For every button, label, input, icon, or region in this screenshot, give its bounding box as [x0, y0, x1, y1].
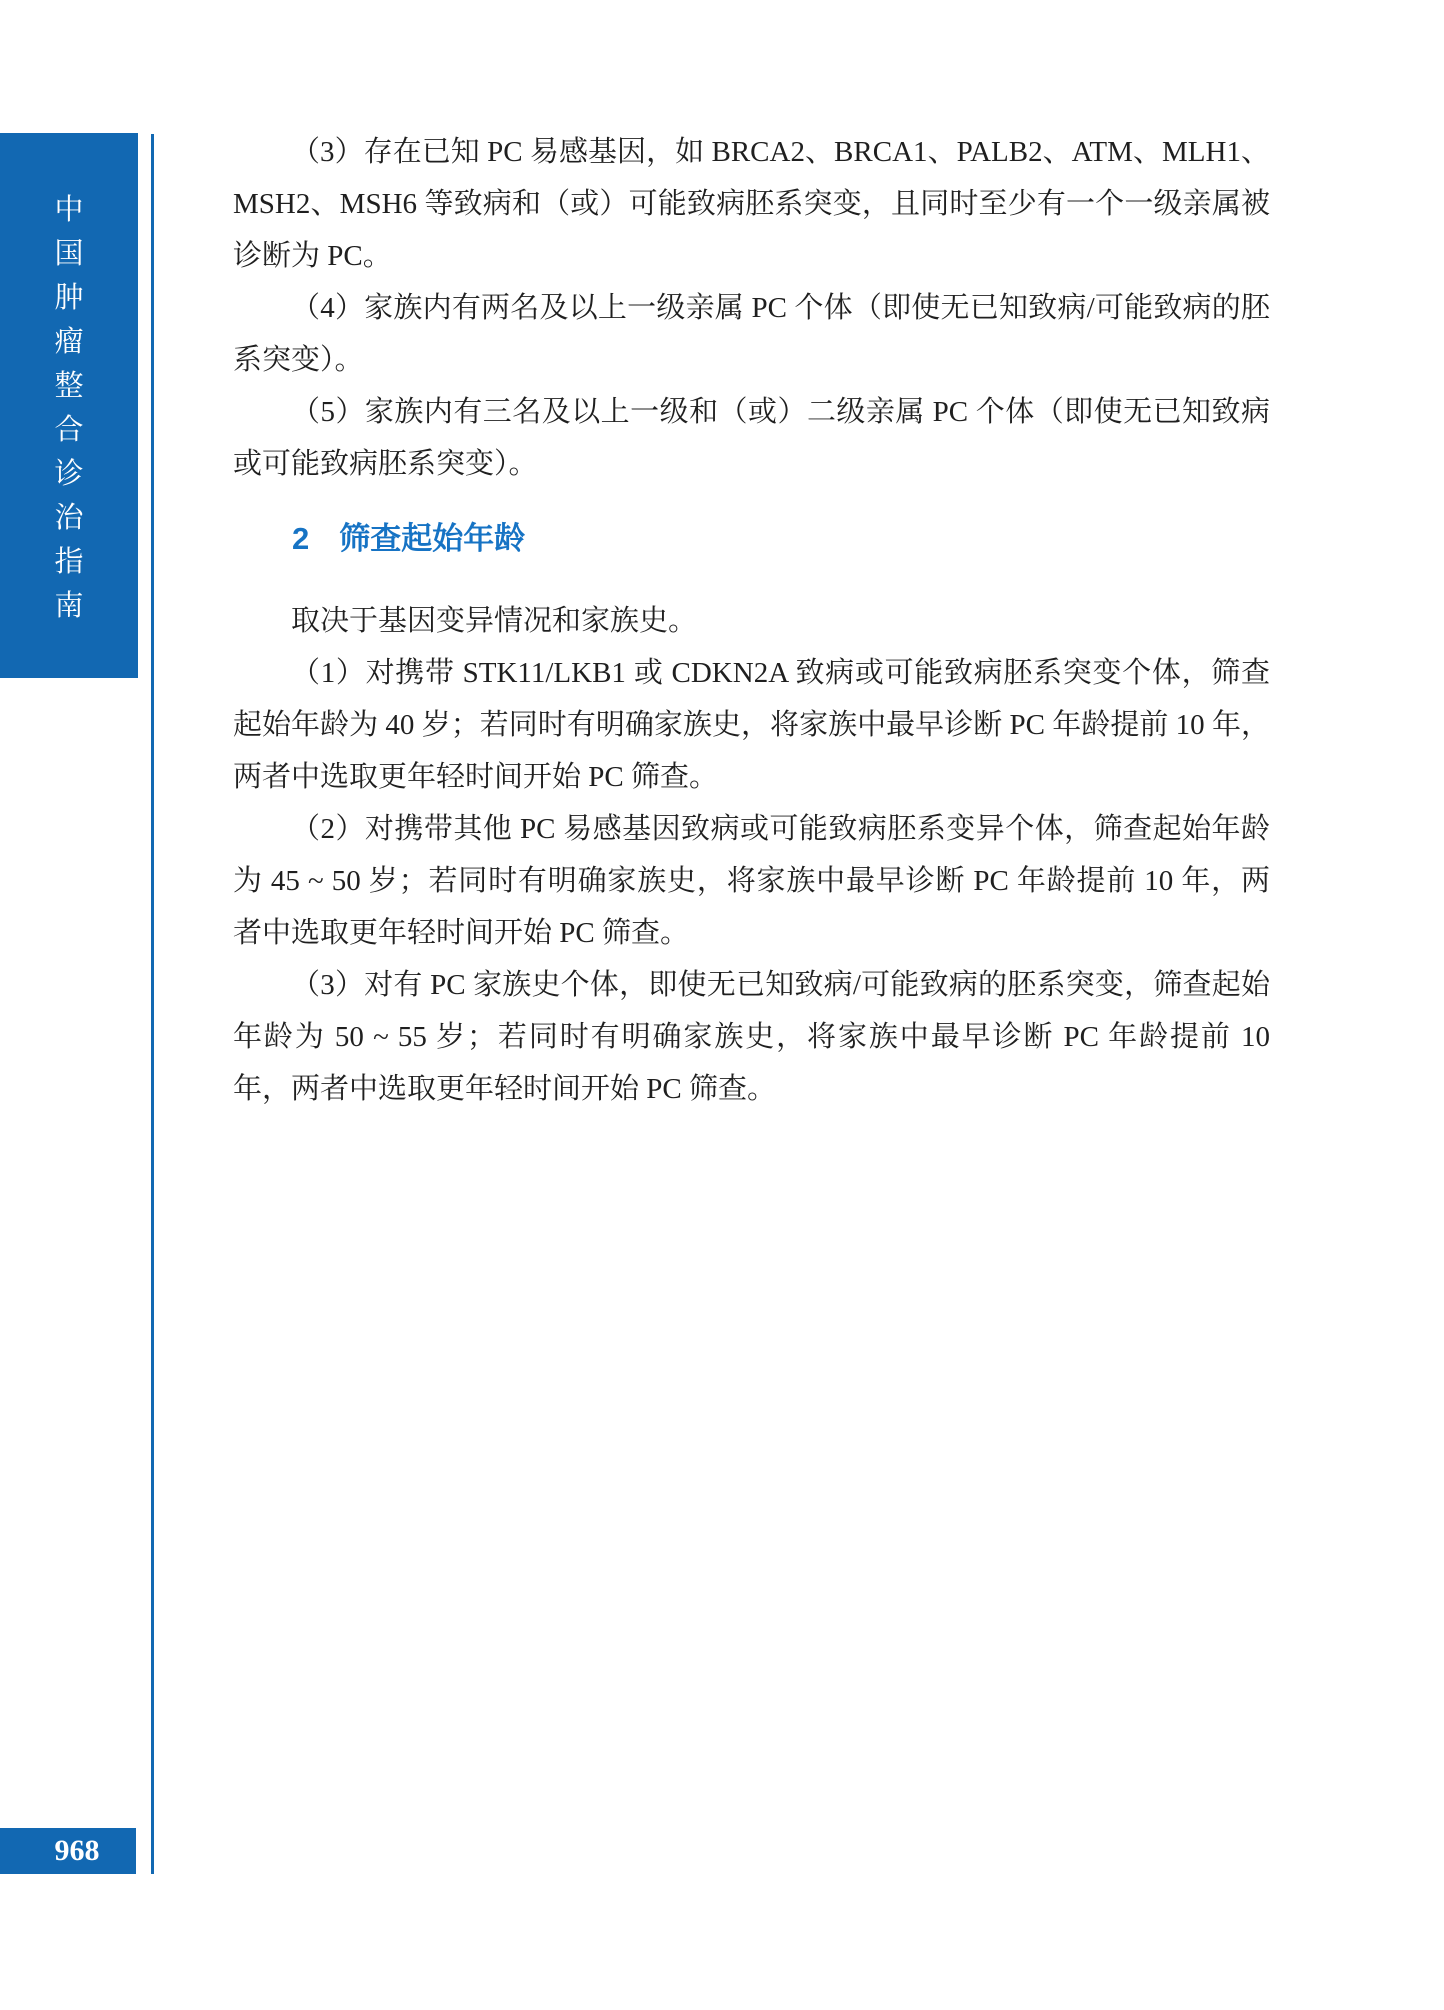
- page-number-badge: 968: [0, 1828, 136, 1874]
- spine-title-char: 合: [54, 415, 83, 445]
- book-page: 中 国 肿 瘤 整 合 诊 治 指 南 968 （3）存在已知 PC 易感基因，…: [0, 0, 1444, 2010]
- divider-line: [151, 134, 154, 1874]
- main-content: （3）存在已知 PC 易感基因，如 BRCA2、BRCA1、PALB2、ATM、…: [233, 126, 1270, 1115]
- paragraph-age-1: （1）对携带 STK11/LKB1 或 CDKN2A 致病或可能致病胚系突变个体…: [233, 647, 1270, 803]
- spine-title-char: 南: [54, 591, 83, 621]
- paragraph-intro: 取决于基因变异情况和家族史。: [233, 595, 1270, 647]
- spine-title-char: 诊: [54, 459, 83, 489]
- paragraph-criterion-4: （4）家族内有两名及以上一级亲属 PC 个体（即使无已知致病/可能致病的胚系突变…: [233, 282, 1270, 386]
- section-number: 2: [292, 518, 309, 560]
- page-number: 968: [37, 1834, 100, 1868]
- paragraph-age-2: （2）对携带其他 PC 易感基因致病或可能致病胚系变异个体，筛查起始年龄为 45…: [233, 803, 1270, 959]
- paragraph-age-3: （3）对有 PC 家族史个体，即使无已知致病/可能致病的胚系突变，筛查起始年龄为…: [233, 959, 1270, 1115]
- section-title: 筛查起始年龄: [339, 518, 525, 560]
- spine-title-char: 指: [54, 547, 83, 577]
- paragraph-criterion-3: （3）存在已知 PC 易感基因，如 BRCA2、BRCA1、PALB2、ATM、…: [233, 126, 1270, 282]
- paragraph-criterion-5: （5）家族内有三名及以上一级和（或）二级亲属 PC 个体（即使无已知致病或可能致…: [233, 386, 1270, 490]
- sidebar-spine: 中 国 肿 瘤 整 合 诊 治 指 南: [0, 133, 138, 678]
- spine-title-char: 整: [54, 371, 83, 401]
- spine-title-char: 瘤: [54, 327, 83, 357]
- section-heading: 2 筛查起始年龄: [233, 518, 1270, 560]
- spine-title-char: 中: [54, 195, 83, 225]
- spine-title-char: 治: [54, 503, 83, 533]
- spine-title-char: 国: [54, 239, 83, 269]
- spine-title-char: 肿: [54, 283, 83, 313]
